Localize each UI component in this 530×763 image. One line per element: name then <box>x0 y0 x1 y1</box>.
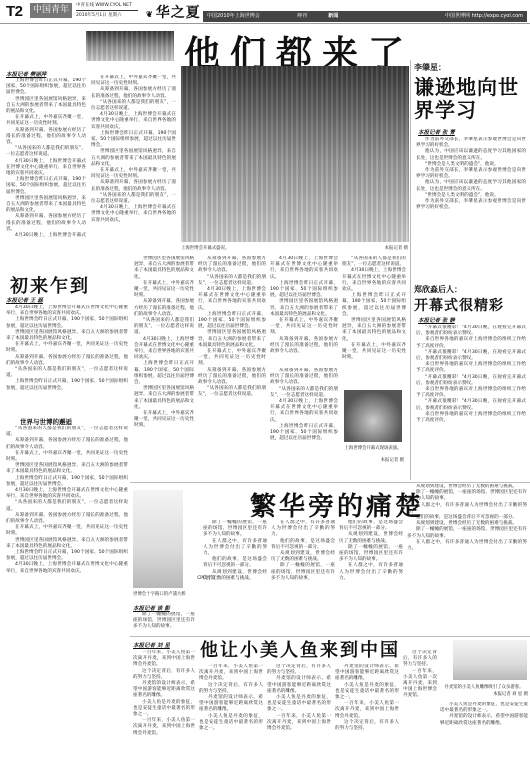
paragraph: 一百年来，小美人鱼第一次离开丹麦，来到中国上海世博会丹麦馆。 <box>199 664 263 683</box>
subhead-first-arrival: 初来乍到 <box>10 272 90 298</box>
top-photo <box>86 31 174 61</box>
paragraph: 世博园区里各国展馆风格迥异，来自五大洲的参展者带来了本国最具特色的展品和文化。 <box>134 386 194 411</box>
paragraph: 在开幕式上，中外嘉宾齐聚一堂，共同见证这一历史性时刻。 <box>134 411 194 430</box>
paragraph: 上海世博会昨日正式开幕，190个国家、50个国际组织参展，超过以往历届世博会。 <box>6 177 86 196</box>
paragraph: “从各国来的人都是我们的朋友”，一位志愿者这样说道。 <box>134 318 194 337</box>
middle-col-2: 在人群之中，有许多普通人为世博会付出了辛勤的努力。 他们的故事，是这场盛会背后不… <box>271 520 335 630</box>
subhead-byline: 本报记者 王 磊 <box>6 296 43 304</box>
sidebar-headline-learn: 谦逊地向世界学习 <box>414 76 526 122</box>
paragraph: 世博园区里各国展馆风格迥异，来自五大洲的参展者带来了本国最具特色的展品和文化。 <box>6 538 128 550</box>
paragraph: 上海世博会昨日正式开幕，190个国家、50个国际组织参展，超过以往历届世博会。 <box>342 293 406 318</box>
paragraph: 他认为，中国应该以谦逊的态度学习其他国家的长处，这也是世博会的意义所在。 <box>416 180 526 192</box>
paragraph: 上海世博会昨日正式开幕，190个国家、50个国际组织参展，超过以往历届世博会。 <box>6 379 128 391</box>
banner-badge: 特刊 <box>297 11 327 22</box>
paragraph: “从各国来的人都是我们的朋友”，一位志愿者这样说道。 <box>342 256 406 268</box>
paragraph: 在人群之中，有许多普通人为世博会付出了辛勤的努力。 <box>407 503 527 515</box>
main-col-6: “从各国来的人都是我们的朋友”，一位志愿者这样说道。 4月30日晚上，上海世博会… <box>342 256 406 386</box>
paragraph: 在人群之中，有许多普通人为世博会付出了辛勤的努力。 <box>407 540 527 552</box>
paragraph: “开幕式很精彩！”4月30日晚，在观看完开幕式后，参观者们纷纷表示赞叹。 <box>416 325 526 337</box>
main-col-1: 上海世博会昨日正式开幕，190个国家、50个国际组织参展，超过以往历届世博会。 … <box>6 78 86 238</box>
paragraph: 这个决定背后，有许多人的努力与坚持。 <box>199 683 263 695</box>
paragraph: 丹麦馆的设计师表示，希望中国游客能够近距离欣赏这座著名的雕像。 <box>133 681 195 700</box>
paragraph: 在开幕式上，中外嘉宾齐聚一堂，共同见证这一历史性时刻。 <box>6 342 128 354</box>
world-expo-body: “从各国来的人都是我们的朋友”，一位志愿者这样说道。 从筹备到开幕，各国参展方经… <box>6 426 128 638</box>
paragraph: 除了一幢幢的展馆，一座座的场馆，世博园区里还有许多不为人知的故事。 <box>271 563 335 582</box>
paragraph: 在开幕式上，中外嘉宾齐聚一堂，共同见证这一历史性时刻。 <box>342 343 406 362</box>
paragraph: 在开幕式上，中外嘉宾齐聚一堂，共同见证这一历史性时刻。 <box>91 168 176 180</box>
paragraph: 这个决定背后，有许多人的努力与坚持。 <box>403 650 437 669</box>
paragraph: 4月30日晚上，上海世博会开幕式在世博文化中心隆重举行，来自世界各地的宾客共同欢… <box>6 233 86 238</box>
paragraph: 世博园区里各国展馆风格迥异，来自五大洲的参展者带来了本国最具特色的展品和文化。 <box>198 330 266 349</box>
paragraph: “从各国来的人都是我们的朋友”，一位志愿者这样说道。 <box>6 146 86 158</box>
main-col-5: 4月30日晚上，上海世博会开幕式在世博文化中心隆重举行，来自世界各地的宾客共同欢… <box>270 256 338 366</box>
paragraph: 在开幕式上，中外嘉宾齐聚一堂，共同见证这一历史性时刻。 <box>6 451 128 463</box>
paragraph: 4月30日晚上，上海世博会开幕式在世博文化中心隆重举行，来自世界各地的宾客共同欢… <box>6 488 128 500</box>
paragraph: “从各国来的人都是我们的朋友”，一位志愿者这样说道。 <box>198 275 266 287</box>
inner-subhead: 世界与世博的邂逅 <box>20 417 72 426</box>
paragraph: 4月30日晚上，上海世博会开幕式在世博文化中心隆重举行，来自世界各地的宾客共同欢… <box>6 159 86 178</box>
paragraph: “从各国来的人都是我们的朋友”，一位志愿者这样说道。 <box>270 387 338 399</box>
paragraph: “从各国来的人都是我们的朋友”，一位志愿者这样说道。 <box>6 500 128 512</box>
paragraph: 他们的故事，是这场盛会背后不可忽视的一部分。 <box>339 520 403 532</box>
paragraph: 在开幕式上，中外嘉宾齐聚一堂，共同见证这一历史性时刻。 <box>134 281 194 300</box>
paragraph: 上海世博会昨日正式开幕，190个国家、50个国际组织参展，超过以往历届世博会。 <box>270 424 338 443</box>
main-photo-credit: 本报记者 摄 <box>330 246 408 252</box>
paragraph: 作为前外交部长，李肇星表示参观世博会是向世界学习的好机会。 <box>416 137 526 149</box>
paragraph: 世博园区里各国展馆风格迥异，来自五大洲的参展者带来了本国最具特色的展品和文化。 <box>270 299 338 318</box>
paper-meta: 中青在线 WWW.CYOL.NET 2010年5月1日 星期六 <box>76 2 138 19</box>
middle-col-1: 除了一幢幢的展馆，一座座的场馆，世博园区里还有许多不为人知的故事。 在人群之中，… <box>203 520 267 630</box>
section-divider <box>130 482 530 483</box>
paragraph: “开幕式很精彩！”4月30日晚，在观看完开幕式后，参观者们纷纷表示赞叹。 <box>416 350 526 362</box>
paragraph: 上海世博会昨日正式开幕，190个国家、50个国际组织参展，超过以往历届世博会。 <box>198 312 266 331</box>
paragraph: 4月30日晚上，上海世博会开幕式在世博文化中心隆重举行，来自世界各地的宾客共同欢… <box>91 205 176 224</box>
masthead: T2 中国青年报 中青在线 WWW.CYOL.NET 2010年5月1日 星期六… <box>0 0 530 22</box>
bottom-headline: 他让小美人鱼来到中国 <box>200 636 400 662</box>
paper-url[interactable]: 中青在线 WWW.CYOL.NET <box>76 2 138 9</box>
paragraph: 从筹备到开幕，各国参展方经历了漫长的准备过程，他们的故事令人动容。 <box>6 438 128 450</box>
paragraph: “从各国来的人都是我们的朋友”，一位志愿者这样说道。 <box>91 100 176 112</box>
paragraph: 在人群之中，有许多普通人为世博会付出了辛勤的努力。 <box>203 539 267 558</box>
paragraph: 从筹备到开幕，各国参展方经历了漫长的准备过程，他们的故事令人动容。 <box>91 87 176 99</box>
paragraph: 4月30日晚上，上海世博会开幕式在世博文化中心隆重举行，来自世界各地的宾客共同欢… <box>342 268 406 293</box>
paragraph: 来自世界各地的嘉宾对上海世博会的组织工作给予了高度评价。 <box>416 412 526 424</box>
expo-banner: 中国2010年上海世博会 特刊 新闻 中国世博网 http://expo.cyo… <box>203 11 527 22</box>
paragraph: 4月30日晚上，上海世博会开幕式在世博文化中心隆重举行，来自世界各地的宾客共同欢… <box>6 305 128 317</box>
paragraph: 一百年来，小美人鱼第一次离开丹麦，来到中国上海世博会丹麦馆。 <box>335 701 399 720</box>
paragraph: 作为前外交部长，李肇星表示参观世博会是向世界学习的好机会。 <box>416 168 526 180</box>
page-number: T2 <box>6 3 23 20</box>
sidebar-body-2: “开幕式很精彩！”4月30日晚，在观看完开幕式后，参观者们纷纷表示赞叹。 来自世… <box>416 325 526 480</box>
bottom-byline: 本报记者 刘 星 <box>133 641 170 649</box>
paragraph: 从筹备到开幕，各国参展方经历了漫长的准备过程，他们的故事令人动容。 <box>6 513 128 525</box>
middle-col-3: 他们的故事，是这场盛会背后不可忽视的一部分。 从规划到建设，世博会经历了无数的困… <box>339 520 403 630</box>
paragraph: 上海世博会昨日正式开幕，190个国家、50个国际组织参展，超过以往历届世博会。 <box>6 476 128 488</box>
paragraph: 小美人鱼是丹麦的象征，也是安徒生童话中最著名的形象之一。 <box>267 695 331 714</box>
paragraph: 上海世博会昨日正式开幕，190个国家、50个国际组织参展，超过以往历届世博会。 <box>6 550 128 562</box>
paragraph: 他认为，中国应该以谦逊的态度学习其他国家的长处，这也是世博会的意义所在。 <box>416 149 526 161</box>
paragraph: 在人群之中，有许多普通人为世博会付出了辛勤的努力。 <box>339 563 403 582</box>
paragraph: 小美人鱼是丹麦的象征，也是安徒生童话中最著名的形象之一。 <box>335 683 399 702</box>
paragraph: 4月30日晚上，上海世博会开幕式在世博文化中心隆重举行，来自世界各地的宾客共同欢… <box>270 256 338 281</box>
banner-title: 中国2010年上海世博会 <box>207 11 295 22</box>
paragraph: 除了一幢幢的展馆，一座座的场馆，世博园区里还有许多不为人知的故事。 <box>407 490 527 502</box>
paragraph: 在开幕式上，中外嘉宾齐聚一堂，共同见证这一历史性时刻。 <box>198 349 266 368</box>
main-col-2: 在开幕式上，中外嘉宾齐聚一堂，共同见证这一历史性时刻。 从筹备到开幕，各国参展方… <box>91 75 176 240</box>
paragraph: 丹麦馆的设计师表示，希望中国游客能够近距离欣赏这座著名的雕像。 <box>267 676 331 695</box>
sidebar-body-1: 作为前外交部长，李肇星表示参观世博会是向世界学习的好机会。 他认为，中国应该以谦… <box>416 137 526 277</box>
paragraph: 除了一幢幢的展馆，一座座的场馆，世博园区里还有许多不为人知的故事。 <box>133 612 195 631</box>
paragraph: 除了一幢幢的展馆，一座座的场馆，世博园区里还有许多不为人知的故事。 <box>339 545 403 564</box>
sidebar-kicker-zheng: 郑欣淼后人： <box>414 284 462 295</box>
paragraph: 世博园区里各国展馆风格迥异，来自五大洲的参展者带来了本国最具特色的展品和文化。 <box>342 318 406 343</box>
sidebar-kicker-li: 李肇星： <box>414 62 446 73</box>
paragraph: 这个决定背后，有许多人的努力与坚持。 <box>267 664 331 676</box>
paragraph: 从筹备到开幕，各国参展方经历了漫长的准备过程，他们的故事令人动容。 <box>6 214 86 233</box>
paragraph: 从筹备到开幕，各国参展方经历了漫长的准备过程，他们的故事令人动容。 <box>198 368 266 387</box>
paragraph: 丹麦馆的设计师表示，希望中国游客能够近距离欣赏这座著名的雕像。 <box>199 695 263 714</box>
paragraph: 小美人鱼是丹麦的象征，也是安徒生童话中最著名的形象之一。 <box>133 700 195 719</box>
paragraph: 从筹备到开幕，各国参展方经历了漫长的准备过程，他们的故事令人动容。 <box>270 337 338 356</box>
paragraph: 在开幕式上，中外嘉宾齐聚一堂，共同见证这一历史性时刻。 <box>6 115 86 127</box>
sidebar-headline-wonderful: 开幕式很精彩 <box>414 295 504 315</box>
paragraph: 小美人鱼是丹麦的象征，也是安徒生童话中最著名的形象之一。 <box>199 714 263 733</box>
middle-headline: 繁华旁的痛楚 <box>250 486 424 523</box>
banner-url[interactable]: 中国世博网 http://expo.cyol.com <box>445 11 523 22</box>
first-arrival-body: 4月30日晚上，上海世博会开幕式在世博文化中心隆重举行，来自世界各地的宾客共同欢… <box>6 305 128 415</box>
main-col-3: 世博园区里各国展馆风格迥异，来自五大洲的参展者带来了本国最具特色的展品和文化。 … <box>134 256 194 436</box>
meta-divider <box>76 10 138 11</box>
bottom-col-4: 丹麦馆的设计师表示，希望中国游客能够近距离欣赏这座著名的雕像。 小美人鱼是丹麦的… <box>335 664 399 760</box>
middle-col-4: 从规划到建设，世博会经历了无数的困难与挑战。 除了一幢幢的展馆，一座座的场馆，世… <box>407 484 527 634</box>
paragraph: 世博园区里各国展馆风格迥异，来自五大洲的参展者带来了本国最具特色的展品和文化。 <box>6 196 86 215</box>
paragraph: 4月30日晚上，上海世博会开幕式在世博文化中心隆重举行，来自世界各地的宾客共同欢… <box>134 337 194 362</box>
bottom-col-1: 一百年来，小美人鱼第一次离开丹麦，来到中国上海世博会丹麦馆。 这个决定背后，有许… <box>133 650 195 760</box>
paragraph: 世博园区里各国展馆风格迥异，来自五大洲的参展者带来了本国最具特色的展品和文化。 <box>6 463 128 475</box>
paragraph: “开幕式很精彩！”4月30日晚，在观看完开幕式后，参观者们纷纷表示赞叹。 <box>416 399 526 411</box>
paragraph: 上海世博会昨日正式开幕，190个国家、50个国际组织参展，超过以往历届世博会。 <box>6 317 128 329</box>
paragraph: 上海世博会昨日正式开幕，190个国家、50个国际组织参展，超过以往历届世博会。 <box>134 361 194 386</box>
sidebar-photo-caption: 上海世博会开幕式现场表演。 <box>342 446 404 452</box>
section-logo: ❦华之夏 <box>146 2 201 22</box>
paragraph: 在开幕式上，中外嘉宾齐聚一堂，共同见证这一历史性时刻。 <box>91 75 176 87</box>
paragraph: 世博园区里各国展馆风格迥异，来自五大洲的参展者带来了本国最具特色的展品和文化。 <box>91 149 176 168</box>
paragraph: 从筹备到开幕，各国参展方经历了漫长的准备过程，他们的故事令人动容。 <box>91 180 176 192</box>
paragraph: 4月30日晚上，上海世博会开幕式在世博文化中心隆重举行，来自世界各地的宾客共同欢… <box>198 287 266 312</box>
paragraph: 4月30日晚上，上海世博会开幕式在世博文化中心隆重举行，来自世界各地的宾客共同欢… <box>270 399 338 424</box>
middle-byline: 本报记者 谈 影 <box>133 604 170 612</box>
cpc-pavilion-photo <box>133 490 183 588</box>
paragraph: 从筹备到开幕，各国参展方经历了漫长的准备过程，他们的故事令人动容。 <box>270 368 338 387</box>
paragraph: 这个决定背后，有许多人的努力与坚持。 <box>133 669 195 681</box>
opening-ceremony-photo <box>181 66 409 242</box>
paragraph: 一百年来，小美人鱼第一次离开丹麦，来到中国上海世博会丹麦馆。 <box>133 718 195 737</box>
paragraph: 这个决定背后，有许多人的努力与坚持。 <box>335 720 399 732</box>
paragraph: “从各国来的人都是我们的朋友”，一位志愿者这样说道。 <box>91 193 176 205</box>
sidebar-performer-photo <box>344 390 402 442</box>
bottom-photo-credit: 本报记者 刘 星 摄 <box>440 692 528 698</box>
paper-logo: 中国青年报 <box>30 3 72 18</box>
paragraph: 一百年来，小美人鱼第一次离开丹麦，来到中国上海世博会丹麦馆。 <box>133 650 195 669</box>
masthead-divider <box>0 23 530 24</box>
paragraph: 从筹备到开幕，各国参展方经历了漫长的准备过程，他们的故事令人动容。 <box>198 256 266 275</box>
paragraph: 在开幕式上，中外嘉宾齐聚一堂，共同见证这一历史性时刻。 <box>270 318 338 337</box>
paragraph: 从筹备到开幕，各国参展方经历了漫长的准备过程，他们的故事令人动容。 <box>134 299 194 318</box>
paragraph: 从规划到建设，世博会经历了无数的困难与挑战。 <box>339 532 403 544</box>
paragraph: 除了一幢幢的展馆，一座座的场馆，世博园区里还有许多不为人知的故事。 <box>407 527 527 539</box>
bottom-col-4b: 这个决定背后，有许多人的努力与坚持。 一百年来，小美人鱼第一次离开丹麦，来到中国… <box>403 650 437 760</box>
main-photo-caption: 上海世博会开幕式盛况。 <box>181 246 261 252</box>
paragraph: 从筹备到开幕，各国参展方经历了漫长的准备过程，他们的故事令人动容。 <box>6 128 86 147</box>
bottom-col-3: 这个决定背后，有许多人的努力与坚持。 丹麦馆的设计师表示，希望中国游客能够近距离… <box>267 664 331 760</box>
column-divider <box>410 60 411 480</box>
paragraph: 来自世界各地的嘉宾对上海世博会的组织工作给予了高度评价。 <box>416 362 526 374</box>
bottom-photo-caption: 丹麦馆的小美人鱼雕像吸引了众多游客。 <box>440 685 528 691</box>
paragraph: 从规划到建设，世博会经历了无数的困难与挑战。 <box>271 551 335 563</box>
paragraph: 一百年来，小美人鱼第一次离开丹麦，来到中国上海世博会丹麦馆。 <box>403 669 437 700</box>
paragraph: 世博园区里各国展馆风格迥异，来自五大洲的参展者带来了本国最具特色的展品和文化。 <box>134 256 194 281</box>
paragraph: “从各国来的人都是我们的朋友”，一位志愿者这样说道。 <box>6 367 128 379</box>
paragraph: 来自世界各地的嘉宾对上海世博会的组织工作给予了高度评价。 <box>416 387 526 399</box>
issue-date: 2010年5月1日 星期六 <box>76 12 138 19</box>
main-col-7: 从筹备到开幕，各国参展方经历了漫长的准备过程，他们的故事令人动容。 “从各国来的… <box>270 368 338 468</box>
paragraph: 世博园区里各国展馆风格迥异，来自五大洲的参展者带来了本国最具特色的展品和文化。 <box>6 97 86 116</box>
paragraph: 世博园区里各国展馆风格迥异，来自五大洲的参展者带来了本国最具特色的展品和文化。 <box>6 330 128 342</box>
paragraph: “从各国来的人都是我们的朋友”，一位志愿者这样说道。 <box>198 386 266 398</box>
paragraph: 作为前外交部长，李肇星表示参观世博会是向世界学习的好机会。 <box>416 199 526 211</box>
paragraph: 在开幕式上，中外嘉宾齐聚一堂，共同见证这一历史性时刻。 <box>6 525 128 537</box>
paragraph: 4月30日晚上，上海世博会开幕式在世博文化中心隆重举行，来自世界各地的宾客共同欢… <box>6 562 128 574</box>
sidebar-photo-credit: 本报记者 摄 <box>342 458 404 464</box>
middle-col-0: 除了一幢幢的展馆，一座座的场馆，世博园区里还有许多不为人知的故事。 <box>133 612 195 638</box>
paragraph: 丹麦馆的设计师表示，希望中国游客能够近距离欣赏这座著名的雕像。 <box>440 714 528 726</box>
paragraph: 上海世博会昨日正式开幕，190个国家、50个国际组织参展，超过以往历届世博会。 <box>91 131 176 150</box>
banner-section: 新闻 <box>328 11 368 22</box>
paragraph: “开幕式很精彩！”4月30日晚，在观看完开幕式后，参观者们纷纷表示赞叹。 <box>416 375 526 387</box>
section-name: 华之夏 <box>156 5 201 21</box>
little-mermaid-photo <box>453 640 527 680</box>
paragraph: 他们的故事，是这场盛会背后不可忽视的一部分。 <box>203 557 267 569</box>
sidebar-byline-2: 本报记者 张 静 <box>418 316 455 324</box>
paragraph: 一百年来，小美人鱼第一次离开丹麦，来到中国上海世博会丹麦馆。 <box>267 714 331 733</box>
bottom-col-2: 一百年来，小美人鱼第一次离开丹麦，来到中国上海世博会丹麦馆。 这个决定背后，有许… <box>199 664 263 760</box>
middle-photo-caption: 世博会十字路口的卢浦大桥 <box>133 592 201 598</box>
bottom-col-5: 小美人鱼是丹麦的象征，也是安徒生童话中最著名的形象之一。 丹麦馆的设计师表示，希… <box>440 702 528 760</box>
main-byline: 本报记者 樊丽萍 <box>6 70 46 78</box>
swirl-icon: ❦ <box>146 9 154 19</box>
paragraph: 上海世博会昨日正式开幕，190个国家、50个国际组织参展，超过以往历届世博会。 <box>6 78 86 97</box>
paragraph: 上海世博会昨日正式开幕，190个国家、50个国际组织参展，超过以往历届世博会。 <box>270 281 338 300</box>
paragraph: 从筹备到开幕，各国参展方经历了漫长的准备过程，他们的故事令人动容。 <box>6 355 128 367</box>
paragraph: 小美人鱼是丹麦的象征，也是安徒生童话中最著名的形象之一。 <box>440 702 528 714</box>
paragraph: 他们的故事，是这场盛会背后不可忽视的一部分。 <box>271 539 335 551</box>
main-col-4: 从筹备到开幕，各国参展方经历了漫长的准备过程，他们的故事令人动容。 “从各国来的… <box>198 256 266 436</box>
sidebar-byline-1: 本报记者 张 菁 <box>418 128 455 136</box>
paragraph: 来自世界各地的嘉宾对上海世博会的组织工作给予了高度评价。 <box>416 337 526 349</box>
paragraph: 从规划到建设，世博会经历了无数的困难与挑战。 <box>203 570 267 582</box>
paragraph: 在人群之中，有许多普通人为世博会付出了辛勤的努力。 <box>271 520 335 539</box>
paragraph: 4月30日晚上，上海世博会开幕式在世博文化中心隆重举行，来自世界各地的宾客共同欢… <box>91 112 176 131</box>
paragraph: 除了一幢幢的展馆，一座座的场馆，世博园区里还有许多不为人知的故事。 <box>203 520 267 539</box>
paragraph: 丹麦馆的设计师表示，希望中国游客能够近距离欣赏这座著名的雕像。 <box>335 664 399 683</box>
paragraph: “从各国来的人都是我们的朋友”，一位志愿者这样说道。 <box>6 426 128 438</box>
